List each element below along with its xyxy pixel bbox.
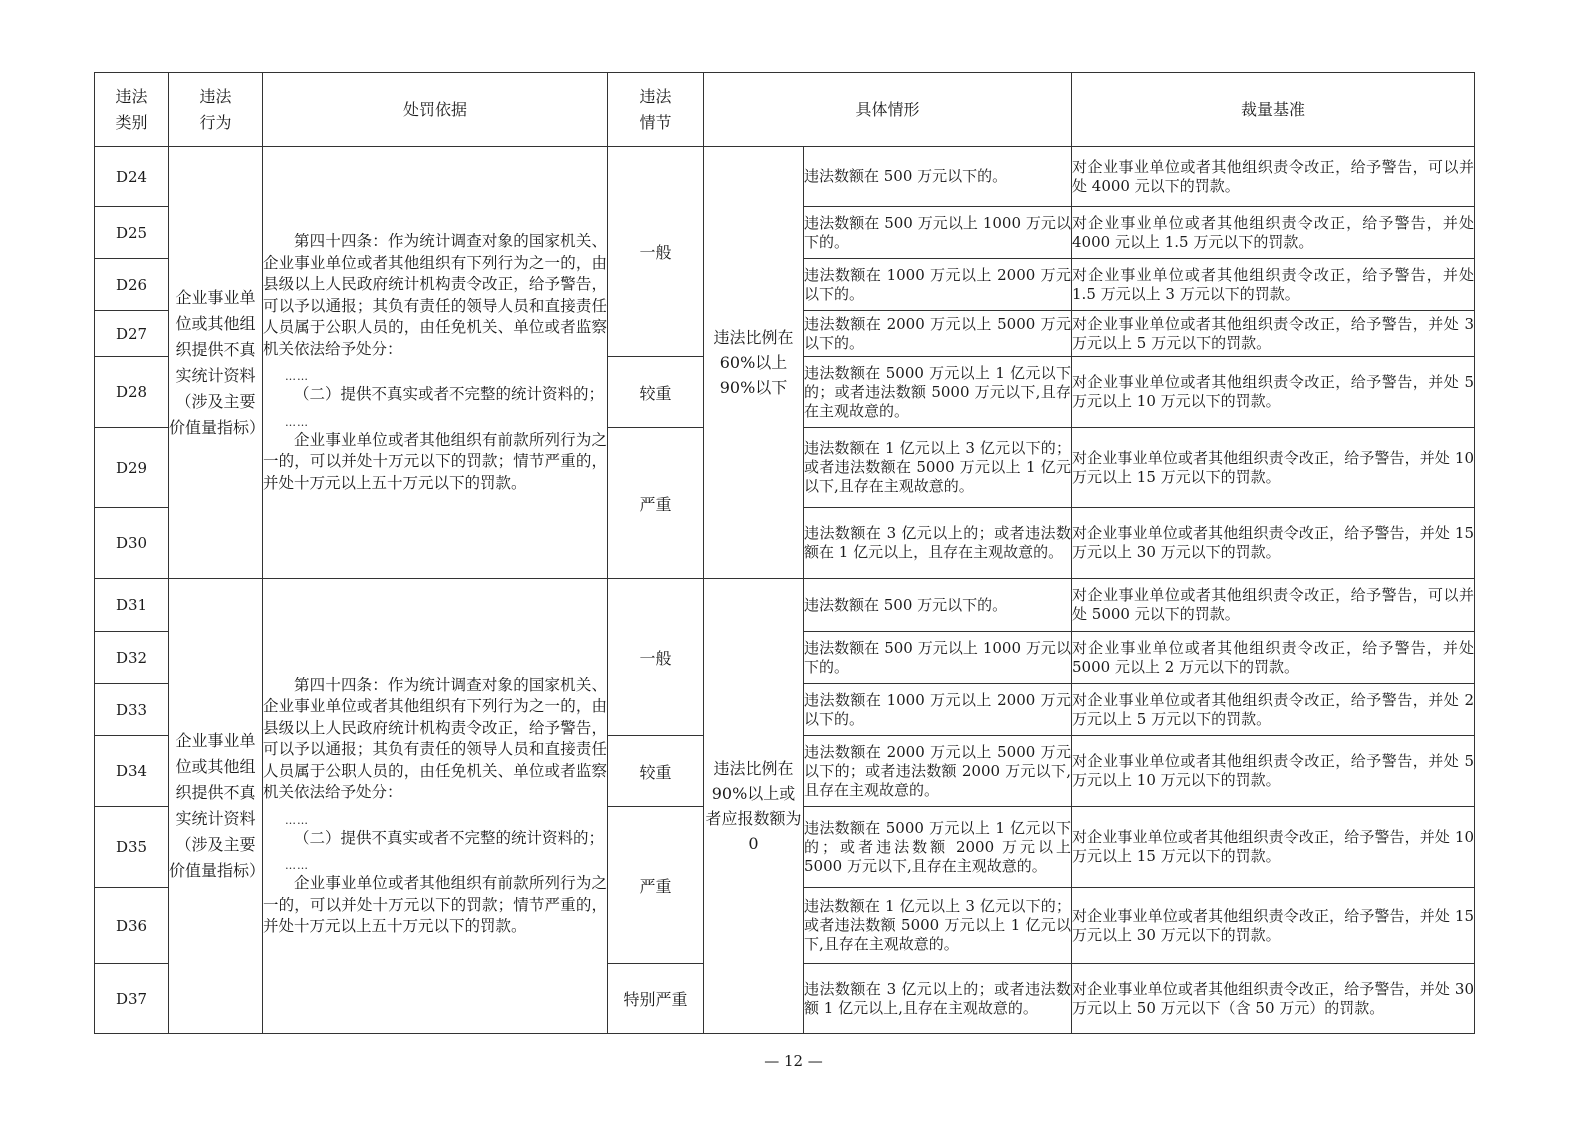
specific-situation: 违法数额在 1000 万元以上 2000 万元以下的。 [804, 684, 1072, 736]
header-row: 违法 类别 违法 行为 处罚依据 违法 情节 具体情形 裁量基准 [95, 73, 1475, 147]
basis-penalty: 企业事业单位或者其他组织有前款所列行为之一的，可以并处十万元以下的罚款；情节严重… [263, 430, 607, 495]
discretion-standard: 对企业事业单位或者其他组织责令改正，给予警告，可以并处 5000 元以下的罚款。 [1072, 579, 1475, 632]
specific-situation: 违法数额在 1 亿元以上 3 亿元以下的；或者违法数额 5000 万元以上 1 … [804, 888, 1072, 964]
basis-clause: （二）提供不真实或者不完整的统计资料的； [263, 828, 607, 850]
table-row: D24 企业事业单位或其他组织提供不真实统计资料（涉及主要价值量指标） 第四十四… [95, 147, 1475, 207]
violation-code: D27 [95, 311, 169, 357]
violation-code: D28 [95, 357, 169, 428]
discretion-standard: 对企业事业单位或者其他组织责令改正，给予警告，并处 5 万元以上 10 万元以下… [1072, 736, 1475, 807]
discretion-standard: 对企业事业单位或者其他组织责令改正，给予警告，并处 30 万元以上 50 万元以… [1072, 964, 1475, 1034]
basis-article: 第四十四条：作为统计调查对象的国家机关、企业事业单位或者其他组织有下列行为之一的… [263, 231, 607, 360]
violation-code: D31 [95, 579, 169, 632]
violation-behavior: 企业事业单位或其他组织提供不真实统计资料（涉及主要价值量指标） [169, 579, 263, 1034]
penalty-basis: 第四十四条：作为统计调查对象的国家机关、企业事业单位或者其他组织有下列行为之一的… [263, 579, 608, 1034]
discretion-standard: 对企业事业单位或者其他组织责令改正，给予警告，并处 10 万元以上 15 万元以… [1072, 807, 1475, 888]
circumstance-level: 严重 [608, 807, 704, 964]
page-number: — 12 — [0, 1052, 1587, 1070]
violation-code: D24 [95, 147, 169, 207]
circumstance-level: 较重 [608, 736, 704, 807]
violation-code: D30 [95, 508, 169, 579]
specific-situation: 违法数额在 500 万元以上 1000 万元以下的。 [804, 207, 1072, 259]
discretion-standard: 对企业事业单位或者其他组织责令改正，给予警告，并处 10 万元以上 15 万元以… [1072, 428, 1475, 508]
specific-situation: 违法数额在 5000 万元以上 1 亿元以下的；或者违法数额 2000 万元以上… [804, 807, 1072, 888]
violation-behavior: 企业事业单位或其他组织提供不真实统计资料（涉及主要价值量指标） [169, 147, 263, 579]
violation-ratio: 违法比例在90%以上或者应报数额为0 [704, 579, 804, 1034]
violation-code: D36 [95, 888, 169, 964]
discretion-standard: 对企业事业单位或者其他组织责令改正，给予警告，并处 2 万元以上 5 万元以下的… [1072, 684, 1475, 736]
specific-situation: 违法数额在 2000 万元以上 5000 万元以下的。 [804, 311, 1072, 357]
violation-code: D29 [95, 428, 169, 508]
discretion-standard: 对企业事业单位或者其他组织责令改正，给予警告，并处 5000 元以上 2 万元以… [1072, 632, 1475, 684]
header-basis: 处罚依据 [263, 73, 608, 147]
violation-code: D33 [95, 684, 169, 736]
violation-code: D37 [95, 964, 169, 1034]
specific-situation: 违法数额在 500 万元以上 1000 万元以下的。 [804, 632, 1072, 684]
violation-code: D32 [95, 632, 169, 684]
circumstance-level: 一般 [608, 579, 704, 736]
header-standard: 裁量基准 [1072, 73, 1475, 147]
discretion-standard-table: 违法 类别 违法 行为 处罚依据 违法 情节 具体情形 裁量基准 D24 企业事… [94, 72, 1475, 1034]
specific-situation: 违法数额在 2000 万元以上 5000 万元以下的；或者违法数额 2000 万… [804, 736, 1072, 807]
penalty-basis: 第四十四条：作为统计调查对象的国家机关、企业事业单位或者其他组织有下列行为之一的… [263, 147, 608, 579]
circumstance-level: 特别严重 [608, 964, 704, 1034]
specific-situation: 违法数额在 1 亿元以上 3 亿元以下的；或者违法数额在 5000 万元以上 1… [804, 428, 1072, 508]
specific-situation: 违法数额在 500 万元以下的。 [804, 147, 1072, 207]
circumstance-level: 较重 [608, 357, 704, 428]
circumstance-level: 严重 [608, 428, 704, 579]
discretion-standard: 对企业事业单位或者其他组织责令改正，给予警告，并处 1.5 万元以上 3 万元以… [1072, 259, 1475, 311]
violation-code: D25 [95, 207, 169, 259]
violation-code: D26 [95, 259, 169, 311]
discretion-standard: 对企业事业单位或者其他组织责令改正，给予警告，并处 5 万元以上 10 万元以下… [1072, 357, 1475, 428]
header-circumstance: 违法 情节 [608, 73, 704, 147]
basis-penalty: 企业事业单位或者其他组织有前款所列行为之一的，可以并处十万元以下的罚款；情节严重… [263, 873, 607, 938]
violation-ratio: 违法比例在60%以上90%以下 [704, 147, 804, 579]
discretion-standard: 对企业事业单位或者其他组织责令改正，给予警告，可以并处 4000 元以下的罚款。 [1072, 147, 1475, 207]
header-category: 违法 类别 [95, 73, 169, 147]
basis-clause: （二）提供不真实或者不完整的统计资料的； [263, 384, 607, 406]
basis-article: 第四十四条：作为统计调查对象的国家机关、企业事业单位或者其他组织有下列行为之一的… [263, 675, 607, 804]
table-row: D31 企业事业单位或其他组织提供不真实统计资料（涉及主要价值量指标） 第四十四… [95, 579, 1475, 632]
header-situation: 具体情形 [704, 73, 1072, 147]
discretion-standard: 对企业事业单位或者其他组织责令改正，给予警告，并处 15 万元以上 30 万元以… [1072, 508, 1475, 579]
specific-situation: 违法数额在 3 亿元以上的；或者违法数额 1 亿元以上,且存在主观故意的。 [804, 964, 1072, 1034]
discretion-standard: 对企业事业单位或者其他组织责令改正，给予警告，并处 4000 元以上 1.5 万… [1072, 207, 1475, 259]
circumstance-level: 一般 [608, 147, 704, 357]
basis-ellipsis: …… [263, 416, 607, 430]
violation-code: D35 [95, 807, 169, 888]
header-behavior: 违法 行为 [169, 73, 263, 147]
violation-code: D34 [95, 736, 169, 807]
specific-situation: 违法数额在 500 万元以下的。 [804, 579, 1072, 632]
basis-ellipsis: …… [263, 370, 607, 384]
discretion-standard: 对企业事业单位或者其他组织责令改正，给予警告，并处 3 万元以上 5 万元以下的… [1072, 311, 1475, 357]
specific-situation: 违法数额在 1000 万元以上 2000 万元以下的。 [804, 259, 1072, 311]
specific-situation: 违法数额在 3 亿元以上的；或者违法数额在 1 亿元以上，且存在主观故意的。 [804, 508, 1072, 579]
basis-ellipsis: …… [263, 859, 607, 873]
specific-situation: 违法数额在 5000 万元以上 1 亿元以下的；或者违法数额 5000 万元以下… [804, 357, 1072, 428]
discretion-standard: 对企业事业单位或者其他组织责令改正，给予警告，并处 15 万元以上 30 万元以… [1072, 888, 1475, 964]
basis-ellipsis: …… [263, 814, 607, 828]
